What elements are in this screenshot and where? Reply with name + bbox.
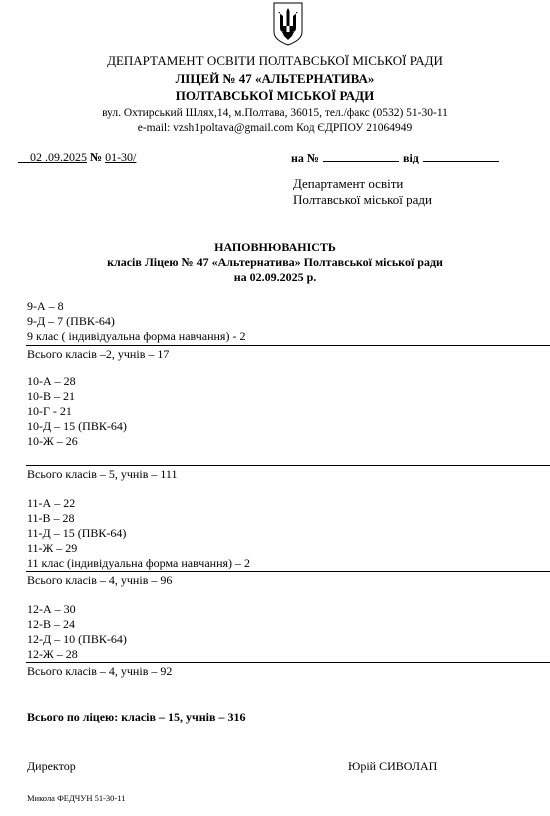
group-total: Всього класів –2, учнів – 17	[27, 347, 169, 363]
coat-of-arms-of-ukraine-icon	[272, 2, 304, 46]
class-item: 10-А – 28	[27, 374, 76, 390]
number-label: №	[90, 150, 102, 164]
class-item: 12-В – 24	[27, 617, 75, 633]
class-item: 10-Д – 15 (ПВК-64)	[27, 419, 127, 435]
class-item: 11-Д – 15 (ПВК-64)	[27, 526, 126, 542]
class-item: 12-А – 30	[27, 602, 76, 618]
school-council: ПОЛТАВСЬКОЇ МІСЬКОЇ РАДИ	[0, 88, 550, 103]
class-item: 9 клас ( індивідуальна форма навчання) -…	[27, 329, 245, 345]
class-item: 9-Д – 7 (ПВК-64)	[27, 314, 115, 330]
executor-info: Микола ФЕДЧУН 51-30-11	[27, 793, 125, 803]
group-total: Всього класів – 4, учнів – 96	[27, 573, 172, 589]
document-number: 01-30/	[105, 150, 136, 164]
class-item: 11-А – 22	[27, 496, 75, 512]
signature-role: Директор	[27, 759, 76, 773]
class-item: 11 клас (індивідуальна форма навчання) –…	[27, 556, 250, 572]
class-item: 12-Ж – 28	[27, 647, 78, 663]
recipient-line1: Департамент освіти	[293, 176, 403, 191]
divider	[26, 662, 550, 663]
group-total: Всього класів – 4, учнів – 92	[27, 664, 172, 680]
divider	[26, 465, 550, 466]
class-item: 10-Ж – 26	[27, 434, 78, 450]
ref-number-blank	[323, 150, 399, 162]
department-name: ДЕПАРТАМЕНТ ОСВІТИ ПОЛТАВСЬКОЇ МІСЬКОЇ Р…	[0, 53, 550, 68]
group-total: Всього класів – 5, учнів – 111	[27, 467, 177, 483]
document-date-line: на 02.09.2025 р.	[0, 270, 550, 284]
ref-date-blank	[423, 150, 499, 162]
document-title: НАПОВНЮВАНІСТЬ	[0, 240, 550, 254]
class-item: 9-А – 8	[27, 299, 64, 315]
class-item: 10-В – 21	[27, 389, 75, 405]
ref-number-label: на №	[291, 151, 319, 165]
ref-from-label: від	[403, 151, 419, 165]
school-contacts: e-mail: vzsh1poltava@gmail.com Код ЄДРПО…	[0, 121, 550, 135]
incoming-reference: на №від	[291, 150, 503, 165]
class-item: 12-Д – 10 (ПВК-64)	[27, 632, 127, 648]
recipient-line2: Полтавської міської ради	[293, 192, 432, 207]
divider	[26, 571, 550, 572]
class-item: 11-Ж – 29	[27, 541, 77, 557]
grand-total: Всього по ліцею: класів – 15, учнів – 31…	[27, 710, 246, 726]
outgoing-reference: 02 .09.2025 № 01-30/	[18, 150, 136, 164]
class-item: 11-В – 28	[27, 511, 75, 527]
document-date: 02 .09.2025	[18, 150, 87, 164]
divider	[26, 345, 550, 346]
school-address: вул. Охтирський Шлях,14, м.Полтава, 3601…	[0, 106, 550, 120]
document-subtitle: класів Ліцею № 47 «Альтернатива» Полтавс…	[0, 255, 550, 269]
school-name: ЛІЦЕЙ № 47 «АЛЬТЕРНАТИВА»	[0, 71, 550, 86]
class-item: 10-Г - 21	[27, 404, 72, 420]
signature-name: Юрій СИВОЛАП	[348, 759, 437, 773]
